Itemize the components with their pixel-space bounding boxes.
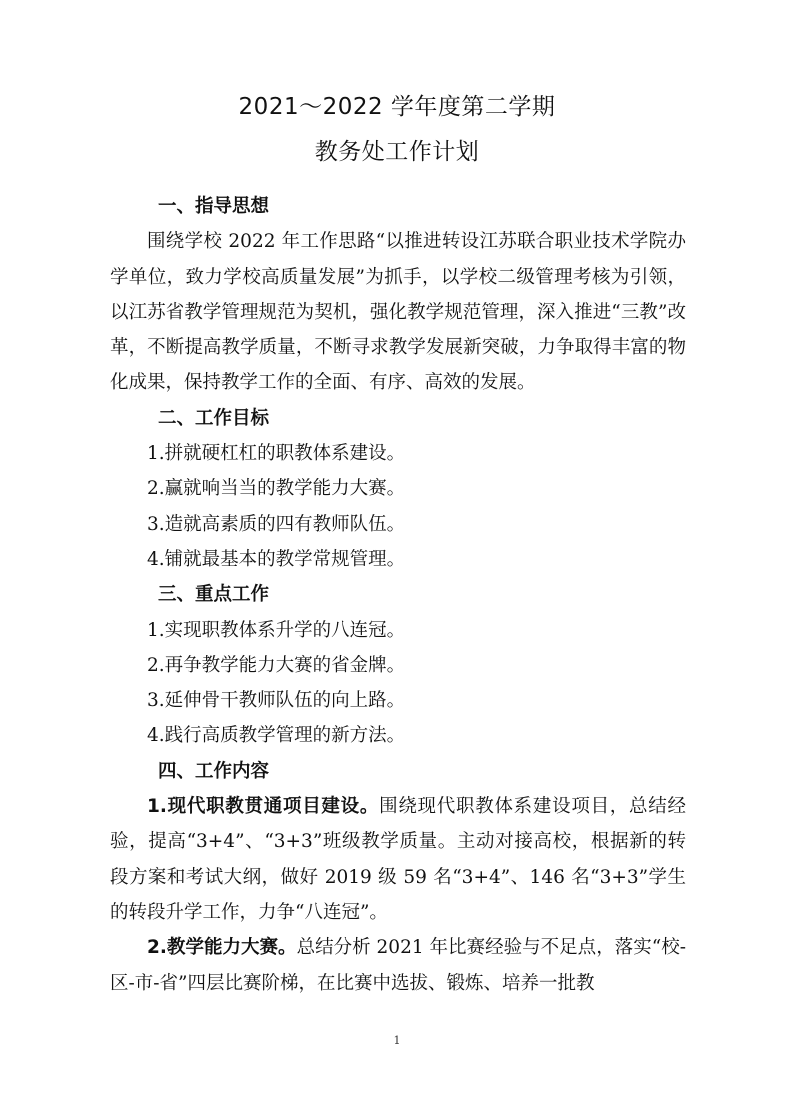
list-item: 4.践行高质教学管理的新方法。	[110, 718, 686, 753]
document-page: 2021～2022 学年度第二学期 教务处工作计划 一、指导思想 围绕学校 20…	[0, 0, 794, 1108]
list-item: 3.造就高素质的四有教师队伍。	[110, 507, 686, 542]
paragraph-lead: 2.教学能力大赛。	[147, 937, 297, 958]
document-body: 一、指导思想 围绕学校 2022 年工作思路“以推进转设江苏联合职业技术学院办学…	[110, 189, 686, 1001]
section-heading-guiding-ideology: 一、指导思想	[110, 189, 686, 224]
list-item: 1.拼就硬杠杠的职教体系建设。	[110, 436, 686, 471]
page-number: 1	[0, 1034, 794, 1047]
list-item: 3.延伸骨干教师队伍的向上路。	[110, 683, 686, 718]
section-paragraph-guiding-ideology: 围绕学校 2022 年工作思路“以推进转设江苏联合职业技术学院办学单位，致力学校…	[110, 224, 686, 400]
list-item: 1.实现职教体系升学的八连冠。	[110, 613, 686, 648]
section-heading-work-goals: 二、工作目标	[110, 401, 686, 436]
list-item: 2.再争教学能力大赛的省金牌。	[110, 648, 686, 683]
section-heading-key-work: 三、重点工作	[110, 577, 686, 612]
content-paragraph-teaching-competition: 2.教学能力大赛。总结分析 2021 年比赛经验与不足点，落实“校-区-市-省”…	[110, 930, 686, 1001]
document-title-line1: 2021～2022 学年度第二学期	[0, 88, 794, 121]
list-item: 2.赢就响当当的教学能力大赛。	[110, 471, 686, 506]
content-paragraph-vocational-program: 1.现代职教贯通项目建设。围绕现代职教体系建设项目，总结经验，提高“3+4”、“…	[110, 789, 686, 930]
list-item: 4.铺就最基本的教学常规管理。	[110, 542, 686, 577]
section-heading-work-content: 四、工作内容	[110, 754, 686, 789]
document-title-line2: 教务处工作计划	[0, 133, 794, 166]
paragraph-lead: 1.现代职教贯通项目建设。	[147, 796, 379, 817]
